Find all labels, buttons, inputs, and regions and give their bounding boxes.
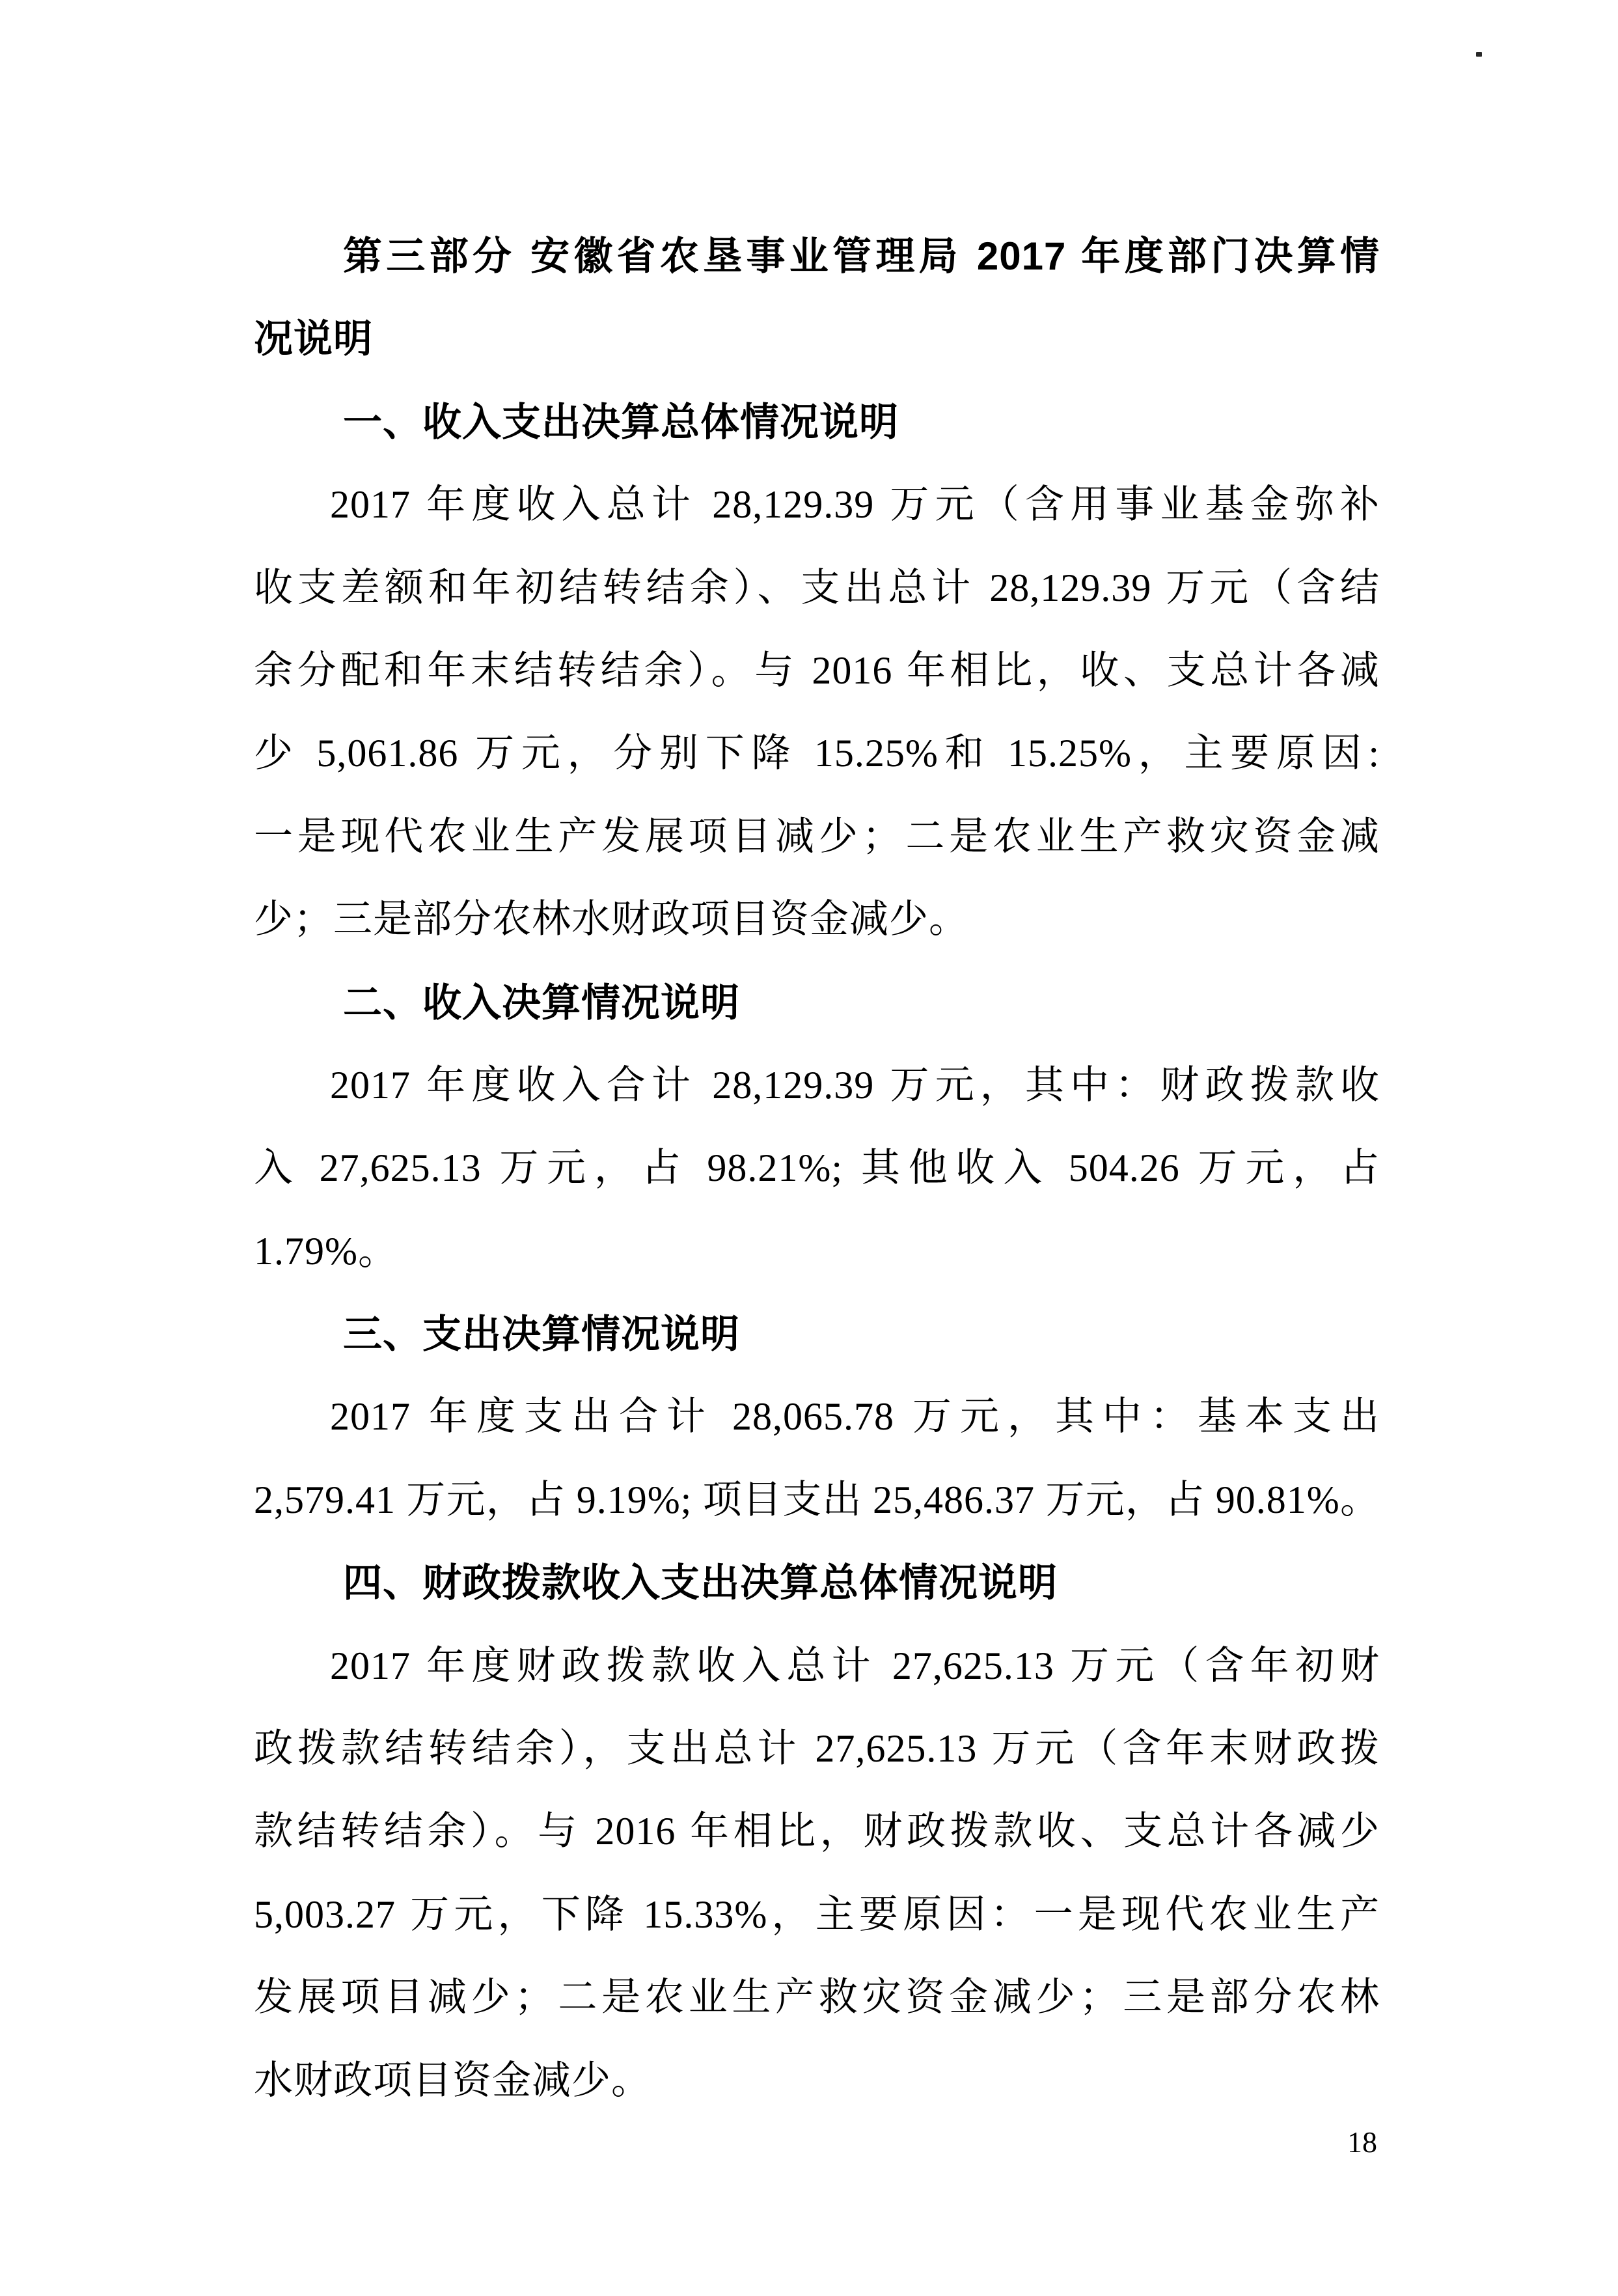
paragraph-1-line: 少 5,061.86 万元，分别下降 15.25%和 15.25%，主要原因:	[254, 712, 1380, 795]
paragraph-4-line: 政拨款结转结余），支出总计 27,625.13 万元（含年末财政拨	[254, 1708, 1380, 1790]
heading-4: 四、财政拨款收入支出决算总体情况说明	[254, 1542, 1380, 1624]
paragraph-4-line: 2017 年度财政拨款收入总计 27,625.13 万元（含年初财	[254, 1625, 1380, 1708]
paragraph-2-line: 1.79%。	[254, 1210, 1380, 1293]
paragraph-4-line: 款结转结余）。与 2016 年相比，财政拨款收、支总计各减少	[254, 1790, 1380, 1873]
paragraph-1-line: 少；三是部分农林水财政项目资金减少。	[254, 878, 1380, 961]
paragraph-4-line: 发展项目减少；二是农业生产救灾资金减少；三是部分农林	[254, 1956, 1380, 2039]
paragraph-3-line: 2017 年度支出合计 28,065.78 万元，其中：基本支出	[254, 1376, 1380, 1458]
paragraph-1-line: 一是现代农业生产发展项目减少；二是农业生产救灾资金减	[254, 795, 1380, 878]
heading-1: 一、收入支出决算总体情况说明	[254, 381, 1380, 463]
heading-3: 三、支出决算情况说明	[254, 1293, 1380, 1376]
document-text-block: 第三部分 安徽省农垦事业管理局 2017 年度部门决算情 况说明 一、收入支出决…	[254, 215, 1380, 2122]
paragraph-1-line: 收支差额和年初结转结余）、支出总计 28,129.39 万元（含结	[254, 547, 1380, 629]
heading-2: 二、收入决算情况说明	[254, 961, 1380, 1044]
paragraph-4-line: 水财政项目资金减少。	[254, 2040, 1380, 2122]
paragraph-4-line: 5,003.27 万元，下降 15.33%，主要原因：一是现代农业生产	[254, 1874, 1380, 1956]
section-title-line-2: 况说明	[254, 297, 1380, 380]
page-number: 18	[1347, 2127, 1377, 2157]
section-title-line-1: 第三部分 安徽省农垦事业管理局 2017 年度部门决算情	[254, 215, 1380, 297]
scanned-document-page: 第三部分 安徽省农垦事业管理局 2017 年度部门决算情 况说明 一、收入支出决…	[0, 0, 1618, 2296]
paragraph-1-line: 2017 年度收入总计 28,129.39 万元（含用事业基金弥补	[254, 463, 1380, 546]
paragraph-2-line: 入 27,625.13 万元，占 98.21%; 其他收入 504.26 万元，…	[254, 1127, 1380, 1210]
paragraph-1-line: 余分配和年末结转结余）。与 2016 年相比，收、支总计各减	[254, 629, 1380, 712]
paragraph-2-line: 2017 年度收入合计 28,129.39 万元，其中：财政拨款收	[254, 1044, 1380, 1127]
paragraph-3-line: 2,579.41 万元，占 9.19%; 项目支出 25,486.37 万元，占…	[254, 1459, 1380, 1542]
scan-artifact-speck	[1476, 52, 1482, 57]
